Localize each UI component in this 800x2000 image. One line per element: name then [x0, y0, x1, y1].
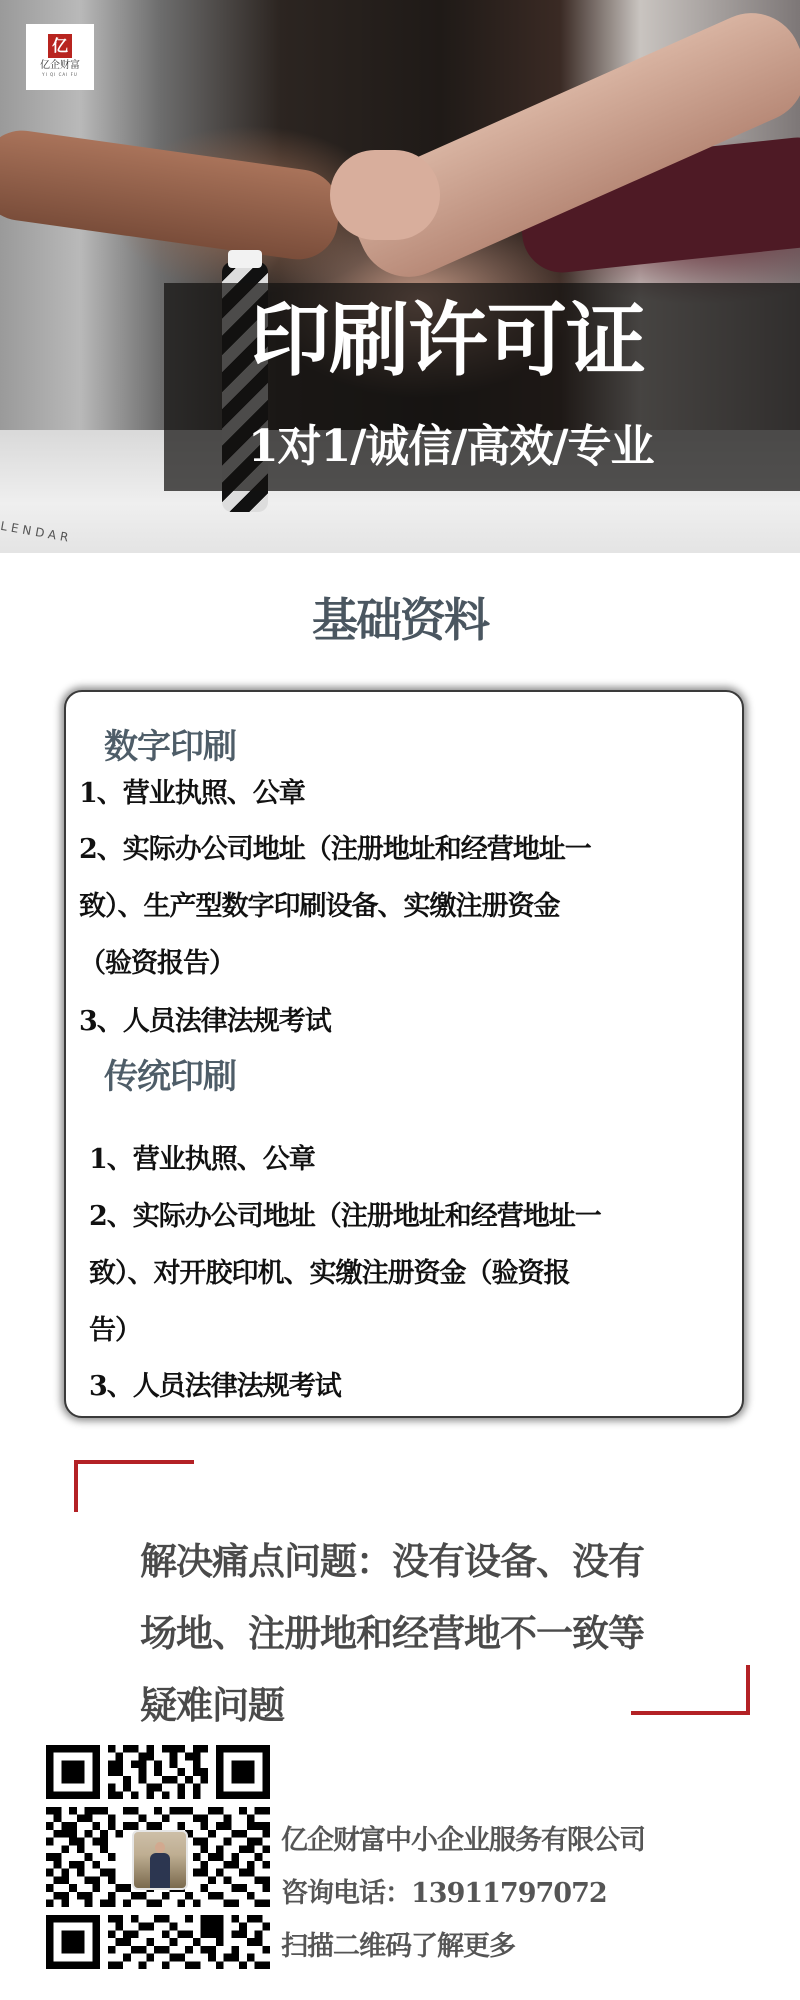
phone-number[interactable]: 咨询电话：13911797072 [281, 1880, 607, 1907]
logo-pinyin: YI QI CAI FU [42, 72, 78, 77]
list-item: 2、实际办公司地址（注册地址和经营地址一 [79, 836, 591, 863]
list-item: 3、人员法律法规考试 [89, 1373, 341, 1400]
brand-logo: 亿 亿企财富 YI QI CAI FU [26, 24, 94, 90]
hero-title: 印刷许可证 [250, 300, 645, 380]
list-item: （验资报告） [79, 950, 235, 977]
logo-mark-icon: 亿 [48, 34, 72, 58]
hero-banner-image: LENDAR 亿 亿企财富 YI QI CAI FU 印刷许可证 1对1/诚信/… [0, 0, 800, 553]
corner-bracket-bottom-right [631, 1711, 750, 1715]
wechat-qr-code[interactable] [46, 1745, 270, 1969]
corner-bracket-top-left [74, 1460, 78, 1512]
pain-point-text: 解决痛点问题：没有设备、没有 [140, 1543, 644, 1580]
pain-point-text: 场地、注册地和经营地不一致等 [140, 1615, 644, 1652]
section-title: 基础资料 [0, 597, 800, 643]
group-heading-digital: 数字印刷 [104, 730, 236, 764]
company-name: 亿企财富中小企业服务有限公司 [281, 1827, 645, 1854]
pain-point-text: 疑难问题 [140, 1687, 284, 1724]
logo-name: 亿企财富 [40, 61, 80, 71]
corner-bracket-top-left [74, 1460, 194, 1464]
list-item: 1、营业执照、公章 [79, 780, 305, 807]
group-heading-traditional: 传统印刷 [104, 1060, 236, 1094]
list-item: 3、人员法律法规考试 [79, 1008, 331, 1035]
hero-photo-arm-left [0, 125, 345, 264]
list-item: 致）、生产型数字印刷设备、实缴注册资金 [79, 893, 560, 920]
list-item: 致）、对开胶印机、实缴注册资金（验资报 [89, 1260, 570, 1287]
corner-bracket-bottom-right [746, 1665, 750, 1715]
hero-photo-fist [330, 150, 440, 240]
hero-photo-bottle-cap [228, 250, 262, 268]
person-icon [150, 1842, 170, 1888]
qr-avatar-photo [132, 1830, 188, 1890]
hero-subtitle: 1对1/诚信/高效/专业 [248, 425, 653, 469]
scan-hint: 扫描二维码了解更多 [281, 1933, 515, 1960]
list-item: 告） [89, 1317, 141, 1344]
list-item: 2、实际办公司地址（注册地址和经营地址一 [89, 1203, 601, 1230]
list-item: 1、营业执照、公章 [89, 1146, 315, 1173]
